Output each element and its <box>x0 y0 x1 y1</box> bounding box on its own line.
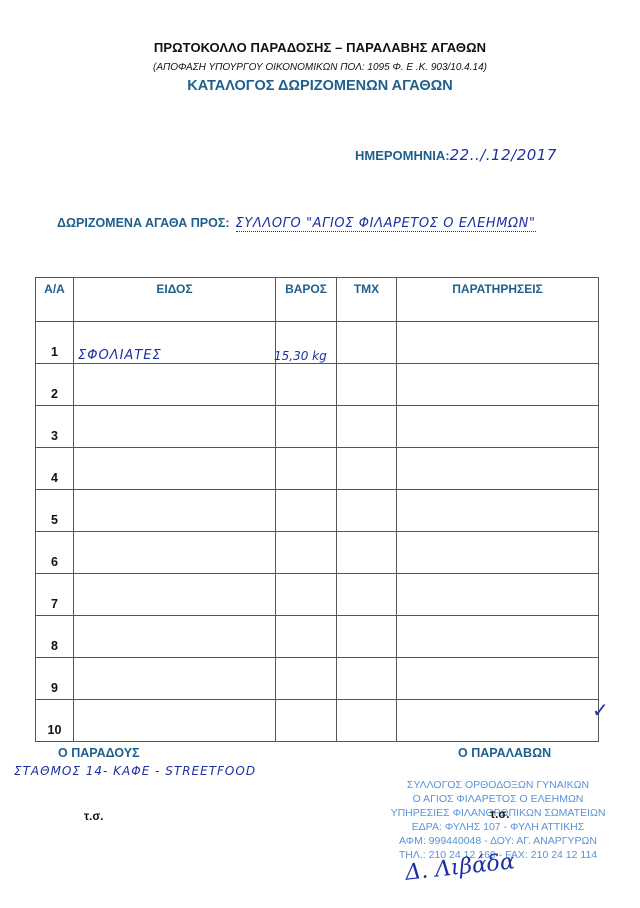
table-row: 7 <box>36 574 599 616</box>
notes-cell <box>397 448 599 490</box>
document-title: ΠΡΩΤΟΚΟΛΛΟ ΠΑΡΑΔΟΣΗΣ – ΠΑΡΑΛΑΒΗΣ ΑΓΑΘΩΝ <box>0 40 640 55</box>
notes-cell <box>397 490 599 532</box>
table-row: 2 <box>36 364 599 406</box>
checkmark-icon: ✓ <box>592 698 609 722</box>
date-field: ΗΜΕΡΟΜΗΝΙΑ:22../.12/2017 <box>355 146 557 164</box>
item-cell <box>74 364 276 406</box>
pieces-cell <box>337 490 397 532</box>
column-header-pieces: ΤΜΧ <box>337 278 397 322</box>
row-number: 7 <box>36 574 74 616</box>
column-header-item: ΕΙΔΟΣ <box>74 278 276 322</box>
recipient-label: ΔΩΡΙΖΟΜΕΝΑ ΑΓΑΘΑ ΠΡΟΣ: <box>57 216 230 230</box>
date-label: ΗΜΕΡΟΜΗΝΙΑ: <box>355 148 450 163</box>
notes-cell <box>397 616 599 658</box>
notes-cell <box>397 532 599 574</box>
goods-table: Α/Α ΕΙΔΟΣ ΒΑΡΟΣ ΤΜΧ ΠΑΡΑΤΗΡΗΣΕΙΣ 1ΣΦΟΛΙΑ… <box>35 277 599 742</box>
table-row: 4 <box>36 448 599 490</box>
pieces-cell <box>337 532 397 574</box>
table-row: 1ΣΦΟΛΙΑΤΕΣ15,30 kg <box>36 322 599 364</box>
weight-cell <box>276 364 337 406</box>
row-number: 10 <box>36 700 74 742</box>
pieces-cell <box>337 406 397 448</box>
stamp-line: Ο ΑΓΙΟΣ ΦΙΛΑΡΕΤΟΣ Ο ΕΛΕΗΜΩΝ <box>378 792 618 806</box>
receiver-label: Ο ΠΑΡΑΛΑΒΩΝ <box>458 746 551 760</box>
weight-cell <box>276 700 337 742</box>
column-header-weight: ΒΑΡΟΣ <box>276 278 337 322</box>
notes-cell <box>397 406 599 448</box>
pieces-cell <box>337 322 397 364</box>
pieces-cell <box>337 616 397 658</box>
row-number: 9 <box>36 658 74 700</box>
table-header-row: Α/Α ΕΙΔΟΣ ΒΑΡΟΣ ΤΜΧ ΠΑΡΑΤΗΡΗΣΕΙΣ <box>36 278 599 322</box>
notes-cell <box>397 574 599 616</box>
item-cell <box>74 490 276 532</box>
weight-cell: 15,30 kg <box>276 322 337 364</box>
weight-cell <box>276 448 337 490</box>
table-row: 10 <box>36 700 599 742</box>
document-subtitle: (ΑΠΟΦΑΣΗ ΥΠΟΥΡΓΟΥ ΟΙΚΟΝΟΜΙΚΩΝ ΠΟΛ: 1095 … <box>0 62 640 73</box>
notes-cell <box>397 658 599 700</box>
receiver-seal-label: τ.σ. <box>490 809 509 821</box>
stamp-line: ΕΔΡΑ: ΦΥΛΗΣ 107 - ΦΥΛΗ ΑΤΤΙΚΗΣ <box>378 820 618 834</box>
item-cell <box>74 700 276 742</box>
recipient-value: ΣΥΛΛΟΓΟ "ΑΓΙΟΣ ΦΙΛΑΡΕΤΟΣ Ο ΕΛΕΗΜΩΝ" <box>236 216 536 232</box>
column-header-notes: ΠΑΡΑΤΗΡΗΣΕΙΣ <box>397 278 599 322</box>
item-cell <box>74 532 276 574</box>
item-cell <box>74 616 276 658</box>
table-row: 9 <box>36 658 599 700</box>
pieces-cell <box>337 574 397 616</box>
item-cell-value: ΣΦΟΛΙΑΤΕΣ <box>78 348 162 363</box>
item-cell <box>74 448 276 490</box>
row-number: 3 <box>36 406 74 448</box>
table-row: 3 <box>36 406 599 448</box>
weight-cell <box>276 490 337 532</box>
row-number: 8 <box>36 616 74 658</box>
item-cell <box>74 574 276 616</box>
weight-cell <box>276 406 337 448</box>
stamp-line: ΣΥΛΛΟΓΟΣ ΟΡΘΟΔΟΞΩΝ ΓΥΝΑΙΚΩΝ <box>378 778 618 792</box>
table-row: 8 <box>36 616 599 658</box>
table-row: 5 <box>36 490 599 532</box>
weight-cell <box>276 574 337 616</box>
row-number: 1 <box>36 322 74 364</box>
pieces-cell <box>337 658 397 700</box>
table-row: 6 <box>36 532 599 574</box>
weight-cell <box>276 658 337 700</box>
column-header-num: Α/Α <box>36 278 74 322</box>
date-value: 22../.12/2017 <box>450 146 557 164</box>
weight-cell <box>276 532 337 574</box>
pieces-cell <box>337 364 397 406</box>
notes-cell <box>397 322 599 364</box>
pieces-cell <box>337 700 397 742</box>
giver-label: Ο ΠΑΡΑΔΟΥΣ <box>58 746 140 760</box>
pieces-cell <box>337 448 397 490</box>
row-number: 2 <box>36 364 74 406</box>
row-number: 4 <box>36 448 74 490</box>
catalog-title: ΚΑΤΑΛΟΓΟΣ ΔΩΡΙΖΟΜΕΝΩΝ ΑΓΑΘΩΝ <box>0 78 640 94</box>
row-number: 6 <box>36 532 74 574</box>
giver-value: ΣΤΑΘΜΟΣ 14- ΚΑΦΕ - STREETFOOD <box>14 764 256 778</box>
recipient-field: ΔΩΡΙΖΟΜΕΝΑ ΑΓΑΘΑ ΠΡΟΣ:ΣΥΛΛΟΓΟ "ΑΓΙΟΣ ΦΙΛ… <box>57 216 536 231</box>
notes-cell <box>397 700 599 742</box>
giver-seal-label: τ.σ. <box>84 811 103 823</box>
item-cell <box>74 658 276 700</box>
item-cell <box>74 406 276 448</box>
notes-cell <box>397 364 599 406</box>
row-number: 5 <box>36 490 74 532</box>
stamp-line: ΑΦΜ: 999440048 - ΔΟΥ: ΑΓ. ΑΝΑΡΓΥΡΩΝ <box>378 834 618 848</box>
item-cell: ΣΦΟΛΙΑΤΕΣ <box>74 322 276 364</box>
weight-cell <box>276 616 337 658</box>
weight-cell-value: 15,30 kg <box>274 349 327 363</box>
